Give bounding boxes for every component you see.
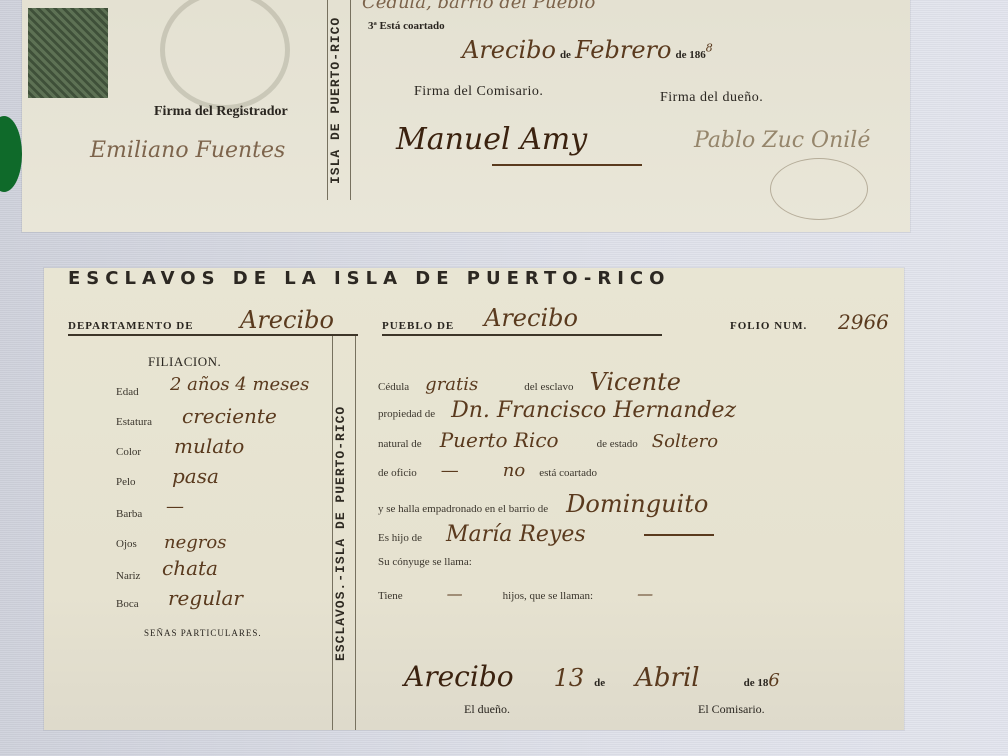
top-de: de: [560, 49, 571, 61]
natural-value: Puerto Rico: [440, 428, 559, 452]
signature-dueno: Pablo Zuc Onilé: [694, 128, 870, 153]
filiacion-label: Boca: [116, 598, 139, 610]
filiacion-label: Edad: [116, 386, 139, 398]
top-year-prefix: de 186: [675, 49, 705, 61]
pueblo-value: Arecibo: [484, 304, 578, 332]
filiacion-value: chata: [162, 556, 218, 580]
natural-line: natural de Puerto Rico de estado Soltero: [378, 428, 718, 452]
filiacion-label: Nariz: [116, 570, 140, 582]
coartado-value: no: [503, 460, 525, 481]
filiacion-row: Ojos: [116, 534, 137, 552]
hijo-line: Es hijo de María Reyes: [378, 522, 586, 547]
filiacion-value: negros: [164, 532, 226, 553]
top-month: Febrero: [575, 36, 672, 64]
firma-comisario-label: Firma del Comisario.: [414, 84, 543, 100]
top-place-date: Arecibo de Febrero de 1868: [462, 36, 713, 64]
cedula-top-document: Firma del Registrador Emiliano Fuentes I…: [22, 0, 910, 232]
firma-dueno-label: Firma del dueño.: [660, 90, 763, 106]
filiacion-label: Color: [116, 446, 141, 458]
signature-comisario: Manuel Amy: [396, 122, 587, 157]
signature-registrador: Emiliano Fuentes: [90, 138, 285, 163]
el-dueno-label: El dueño.: [464, 702, 510, 717]
senas-particulares-label: SEÑAS PARTICULARES.: [144, 628, 262, 638]
official-seal-icon: [160, 0, 290, 110]
filiacion-value: pasa: [172, 464, 219, 488]
filiacion-value: 2 años 4 meses: [170, 374, 309, 395]
departamento-value: Arecibo: [240, 306, 334, 334]
filiacion-row: Estatura: [116, 412, 152, 430]
cedula-bottom-document: ESCLAVOS DE LA ISLA DE PUERTO-RICO DEPAR…: [44, 268, 904, 730]
cedula-label: Cédula: [378, 381, 409, 393]
barrio-value: Dominguito: [566, 490, 708, 518]
bottom-date-line: Arecibo 13 de Abril de 186: [404, 660, 780, 693]
filiacion-row: Barba: [116, 504, 142, 522]
filiacion-label: Barba: [116, 508, 142, 520]
oficio-value: —: [441, 460, 459, 481]
filiacion-label: Ojos: [116, 538, 137, 550]
bottom-place: Arecibo: [404, 660, 514, 693]
hijos-label: hijos, que se llaman:: [503, 590, 593, 602]
conyuge-label: Su cónyuge se llama:: [378, 556, 472, 568]
document-banner: ESCLAVOS DE LA ISLA DE PUERTO-RICO: [44, 268, 904, 290]
el-comisario-label: El Comisario.: [698, 702, 765, 717]
barrio-label: y se halla empadronado en el barrio de: [378, 503, 548, 515]
bottom-year-suffix: 6: [768, 670, 779, 691]
hijos-value: —: [637, 584, 653, 603]
filiacion-row: Color: [116, 442, 141, 460]
tiene-label: Tiene: [378, 590, 403, 602]
vertical-band-top: ISLA DE PUERTO-RICO: [327, 0, 351, 200]
filiacion-value: regular: [168, 586, 243, 610]
bottom-de: de: [594, 677, 605, 689]
hijo-value: María Reyes: [446, 522, 586, 547]
filiacion-value: creciente: [182, 404, 277, 428]
firma-registrador-label: Firma del Registrador: [154, 104, 288, 120]
filiacion-title: FILIACION.: [148, 354, 221, 370]
oficio-label: de oficio: [378, 467, 417, 479]
oficio-line: de oficio — no está coartado: [378, 460, 597, 481]
filiacion-label: Estatura: [116, 416, 152, 428]
departamento-label: DEPARTAMENTO DE: [68, 320, 194, 332]
propiedad-label: propiedad de: [378, 408, 435, 420]
top-year-suffix: 8: [706, 42, 713, 55]
tiene-value: —: [447, 584, 463, 603]
esta-coartado-label: 3ª Está coartado: [368, 20, 445, 32]
top-place: Arecibo: [462, 36, 556, 64]
bottom-month: Abril: [635, 663, 699, 693]
cedula-value: gratis: [425, 374, 478, 395]
vertical-band-bottom: ESCLAVOS.-ISLA DE PUERTO-RICO: [332, 336, 356, 730]
filiacion-row: Boca: [116, 594, 139, 612]
esclavo-value: Vicente: [589, 368, 681, 396]
filiacion-value: mulato: [174, 434, 244, 458]
filiacion-row: Nariz: [116, 566, 140, 584]
bottom-day: 13: [554, 664, 585, 692]
conyuge-line: Su cónyuge se llama:: [378, 552, 472, 570]
signature-flourish-icon: [770, 158, 868, 220]
bottom-year-prefix: de 18: [744, 677, 769, 689]
esclavo-label: del esclavo: [524, 381, 573, 393]
filiacion-row: Pelo: [116, 472, 136, 490]
estado-value: Soltero: [652, 431, 718, 452]
hijo-label: Es hijo de: [378, 532, 422, 544]
propiedad-value: Dn. Francisco Hernandez: [451, 398, 736, 423]
natural-label: natural de: [378, 438, 422, 450]
cedula-line: Cédula gratis del esclavo Vicente: [378, 368, 681, 396]
filiacion-row: Edad: [116, 382, 139, 400]
folio-label: FOLIO NUM.: [730, 320, 807, 332]
top-partial-line: Cédula, barrio del Pueblo: [362, 0, 595, 13]
revenue-stamp-icon: [28, 8, 108, 98]
filiacion-value: —: [166, 496, 184, 517]
propiedad-line: propiedad de Dn. Francisco Hernandez: [378, 398, 736, 423]
pueblo-label: PUEBLO DE: [382, 320, 454, 332]
estado-label: de estado: [597, 438, 638, 450]
folio-value: 2966: [838, 310, 889, 334]
barrio-line: y se halla empadronado en el barrio de D…: [378, 490, 708, 518]
tiene-line: Tiene — hijos, que se llaman: —: [378, 584, 653, 604]
filiacion-label: Pelo: [116, 476, 136, 488]
coartado-label: está coartado: [539, 467, 597, 479]
